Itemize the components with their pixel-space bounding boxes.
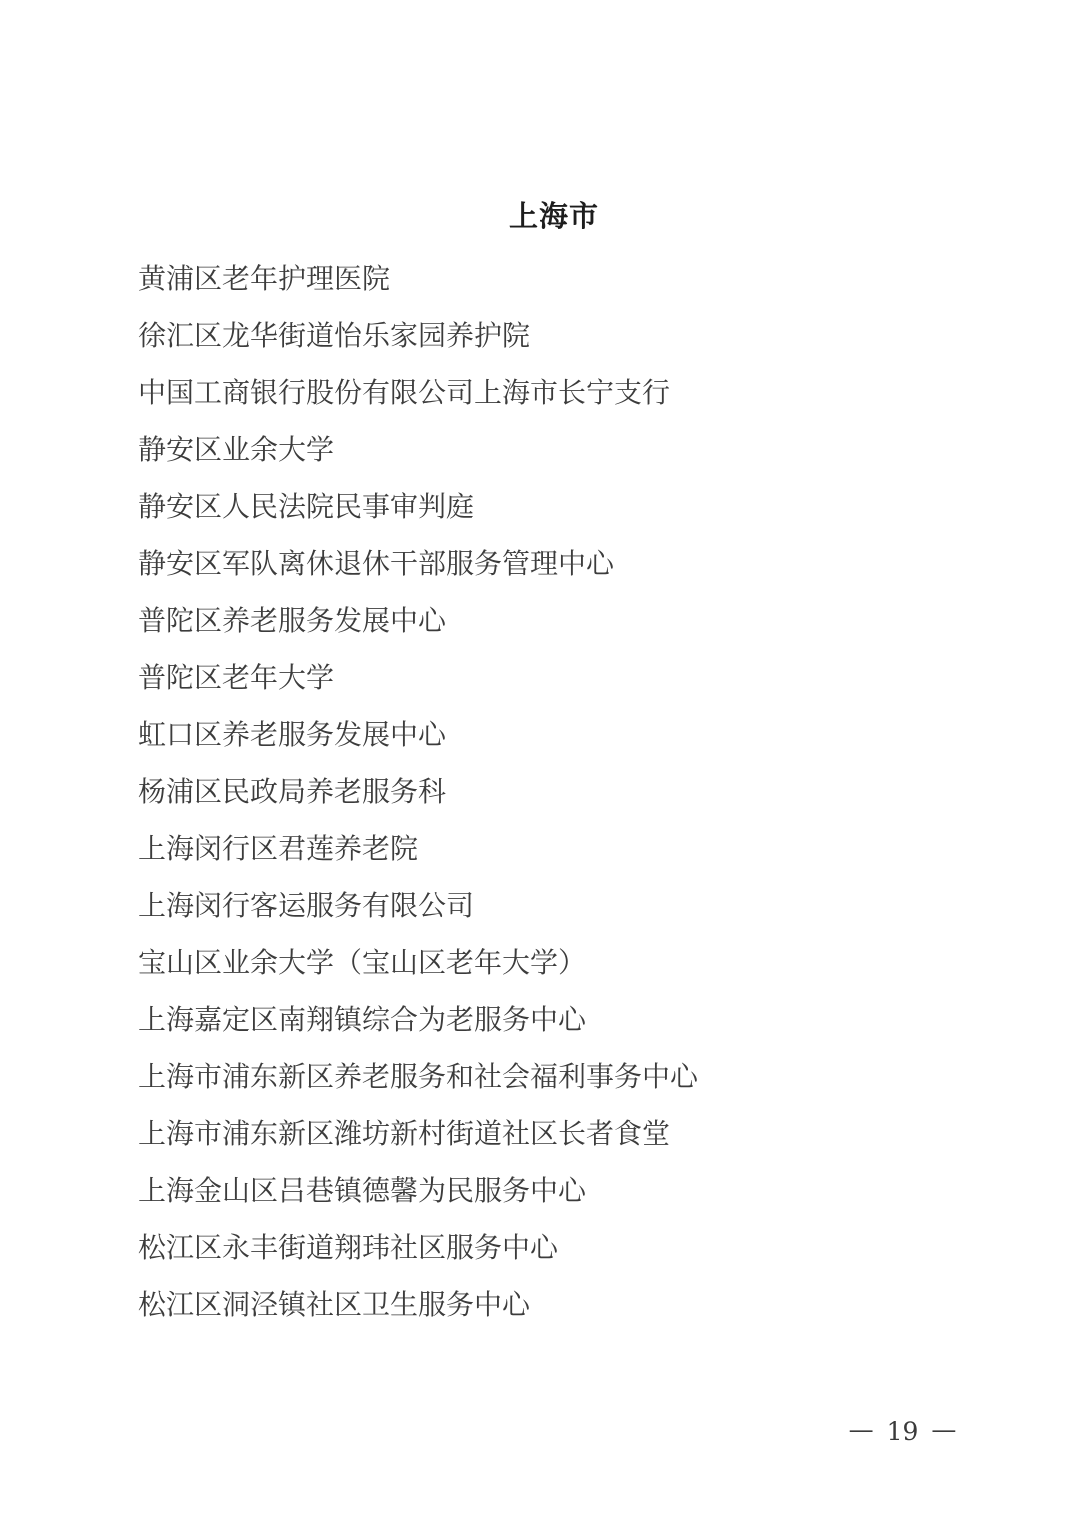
list-item: 上海市浦东新区潍坊新村街道社区长者食堂 [138,1103,978,1160]
list-item: 上海金山区吕巷镇德馨为民服务中心 [138,1160,978,1217]
list-item: 上海嘉定区南翔镇综合为老服务中心 [138,989,978,1046]
list-item: 上海市浦东新区养老服务和社会福利事务中心 [138,1046,978,1103]
list-item: 上海闵行区君莲养老院 [138,818,978,875]
page-number-left-dash: — [849,1415,874,1444]
list-item: 上海闵行客运服务有限公司 [138,875,978,932]
list-item: 杨浦区民政局养老服务科 [138,761,978,818]
list-item: 静安区军队离休退休干部服务管理中心 [138,533,978,590]
list-item: 松江区洞泾镇社区卫生服务中心 [138,1274,978,1331]
page-number-value: 19 [887,1417,919,1446]
list-item: 宝山区业余大学（宝山区老年大学） [138,932,978,989]
document-page: 上海市 黄浦区老年护理医院徐汇区龙华街道怡乐家园养护院中国工商银行股份有限公司上… [0,0,1080,1527]
page-title: 上海市 [0,200,1080,232]
list-item: 静安区业余大学 [138,419,978,476]
list-item: 普陀区养老服务发展中心 [138,590,978,647]
list-item: 普陀区老年大学 [138,647,978,704]
list-item: 徐汇区龙华街道怡乐家园养护院 [138,305,978,362]
list-item: 黄浦区老年护理医院 [138,248,978,305]
list-item: 虹口区养老服务发展中心 [138,704,978,761]
page-number: — 19 — [840,1417,965,1446]
organization-list: 黄浦区老年护理医院徐汇区龙华街道怡乐家园养护院中国工商银行股份有限公司上海市长宁… [138,248,978,1331]
list-item: 中国工商银行股份有限公司上海市长宁支行 [138,362,978,419]
list-item: 松江区永丰街道翔玮社区服务中心 [138,1217,978,1274]
page-number-right-dash: — [931,1415,956,1444]
list-item: 静安区人民法院民事审判庭 [138,476,978,533]
